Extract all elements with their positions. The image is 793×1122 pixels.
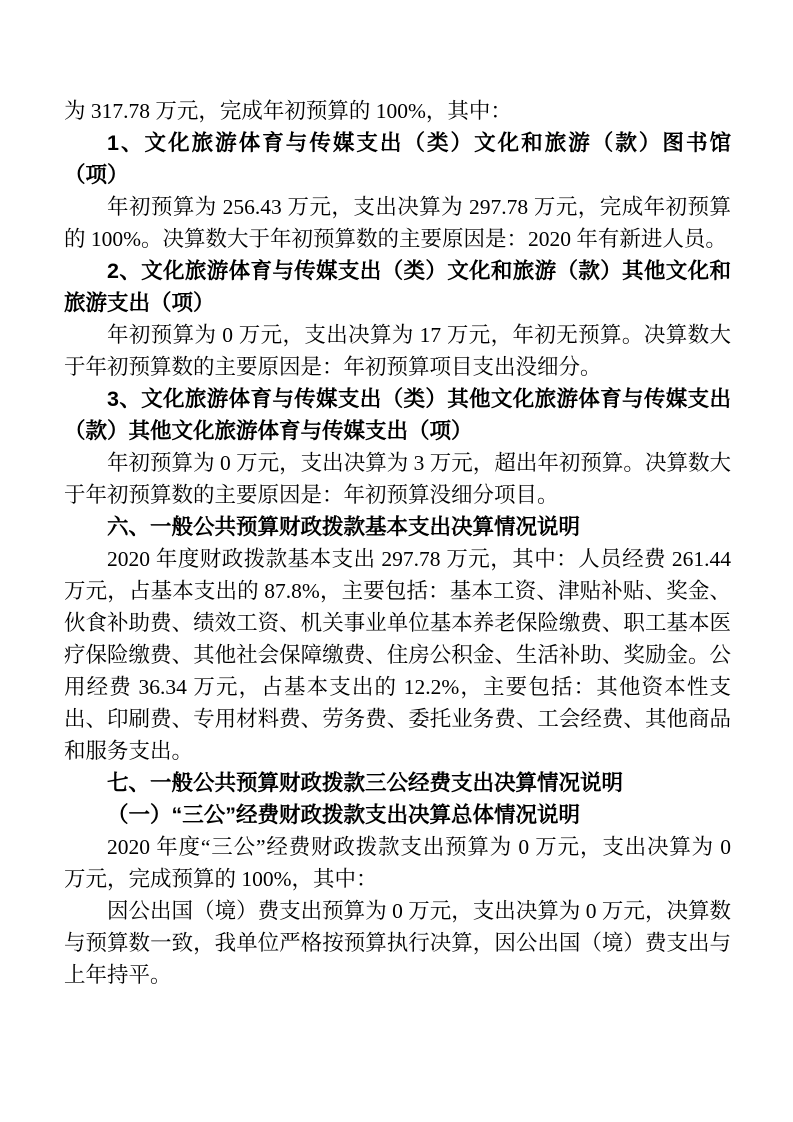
paragraph-item-3-detail: 年初预算为 0 万元，支出决算为 3 万元，超出年初预算。决算数大于年初预算数的… [64,447,731,511]
paragraph-continuation-total: 为 317.78 万元，完成年初预算的 100%，其中： [64,95,731,127]
paragraph-overseas-trips: 因公出国（境）费支出预算为 0 万元，支出决算为 0 万元，决算数与预算数一致，… [64,895,731,991]
document-page: 为 317.78 万元，完成年初预算的 100%，其中： 1、文化旅游体育与传媒… [0,0,793,1122]
paragraph-item-2-detail: 年初预算为 0 万元，支出决算为 17 万元，年初无预算。决算数大于年初预算数的… [64,319,731,383]
heading-item-1-library: 1、文化旅游体育与传媒支出（类）文化和旅游（款）图书馆（项） [64,127,731,191]
heading-section-6-basic-expenditure: 六、一般公共预算财政拨款基本支出决算情况说明 [64,511,731,543]
heading-section-7-1-overview: （一）“三公”经费财政拨款支出决算总体情况说明 [64,799,731,831]
paragraph-item-1-detail: 年初预算为 256.43 万元，支出决算为 297.78 万元，完成年初预算的 … [64,191,731,255]
heading-item-2-other-culture-tourism: 2、文化旅游体育与传媒支出（类）文化和旅游（款）其他文化和旅游支出（项） [64,255,731,319]
heading-section-7-three-public-funds: 七、一般公共预算财政拨款三公经费支出决算情况说明 [64,767,731,799]
paragraph-three-public-budget: 2020 年度“三公”经费财政拨款支出预算为 0 万元，支出决算为 0 万元，完… [64,831,731,895]
heading-item-3-other-media-expenditure: 3、文化旅游体育与传媒支出（类）其他文化旅游体育与传媒支出（款）其他文化旅游体育… [64,383,731,447]
paragraph-section-6-detail: 2020 年度财政拨款基本支出 297.78 万元，其中：人员经费 261.44… [64,543,731,767]
